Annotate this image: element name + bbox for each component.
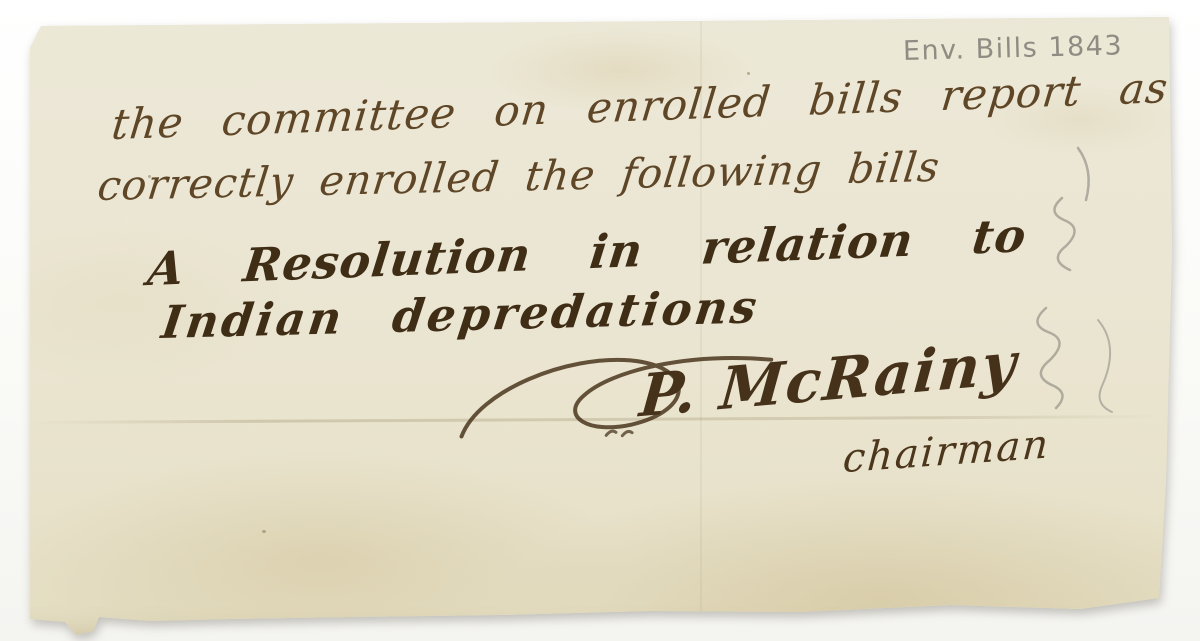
paper-shadow: Env. Bills 1843 the committee on enrolle… [0, 0, 1200, 641]
paper-sheet: Env. Bills 1843 the committee on enrolle… [0, 0, 1200, 641]
paper-speck [747, 72, 750, 75]
handwriting-line-3: A Resolution in relation to [145, 208, 1030, 296]
signature-title-chairman: chairman [841, 421, 1051, 482]
handwriting-line-2: correctly enrolled the following bills [95, 143, 942, 210]
handwriting-line-1: the committee on enrolled bills report a… [109, 63, 1170, 149]
pencil-marginalia-scribbles [1000, 140, 1140, 430]
document-scan: Env. Bills 1843 the committee on enrolle… [0, 0, 1200, 641]
pencil-annotation-env-bills: Env. Bills 1843 [903, 30, 1124, 67]
paper-speck [262, 530, 266, 533]
